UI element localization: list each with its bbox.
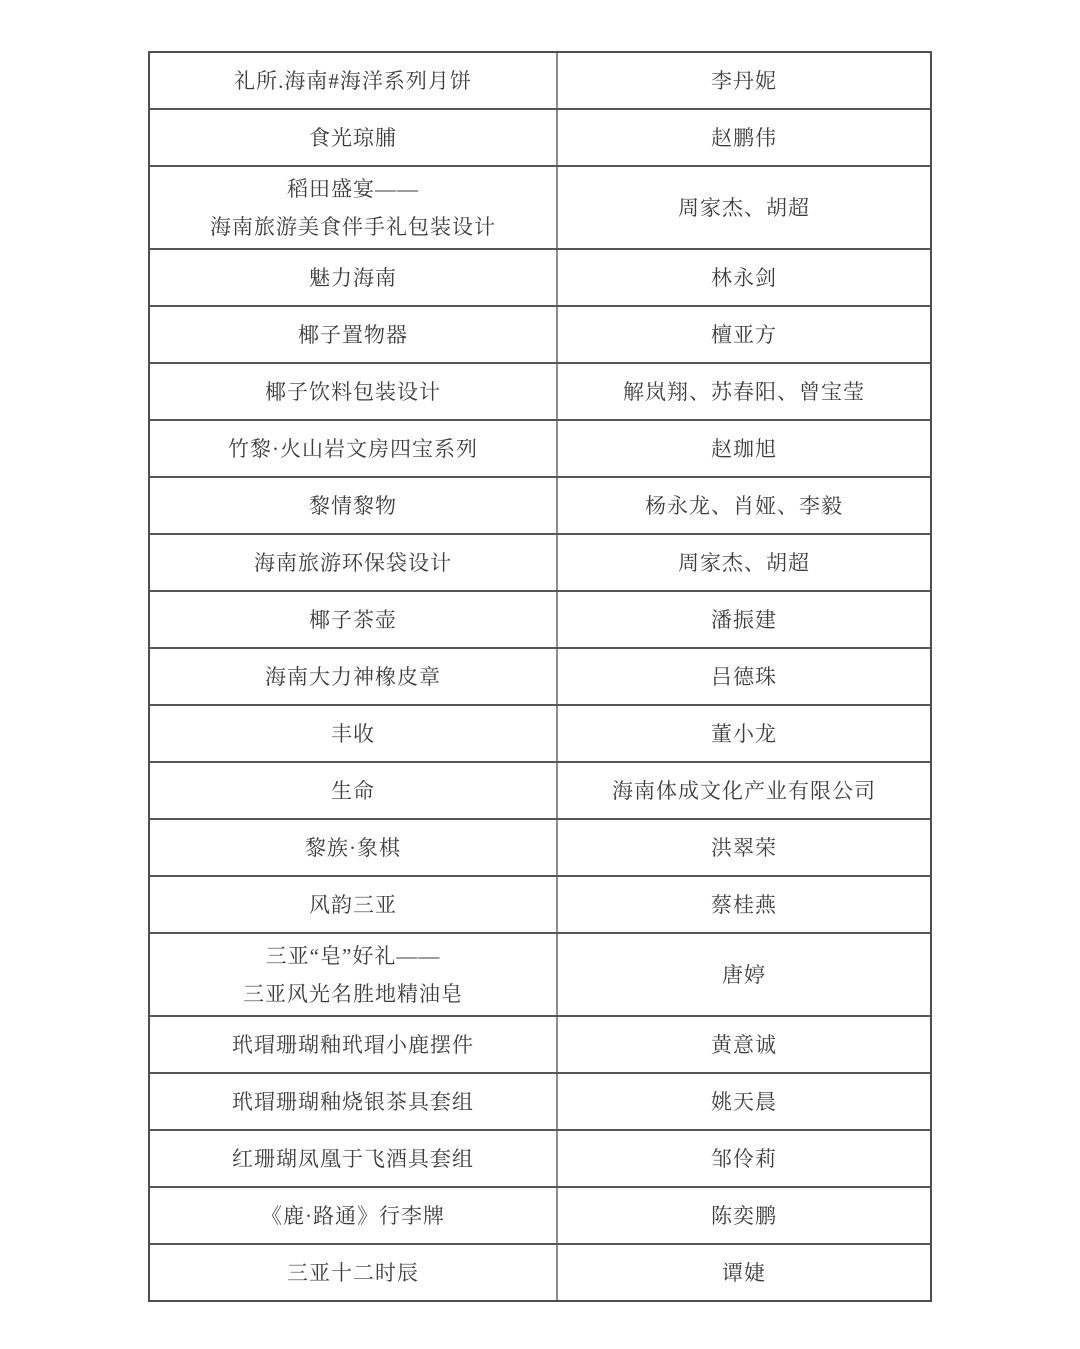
author-name-cell: 海南体成文化产业有限公司 (558, 763, 930, 818)
table-row: 黎情黎物 杨永龙、肖娅、李毅 (150, 476, 930, 533)
table-row: 玳瑁珊瑚釉烧银茶具套组 姚天晨 (150, 1072, 930, 1129)
work-title-cell: 《鹿·路通》行李牌 (150, 1188, 558, 1243)
work-title-cell: 椰子饮料包装设计 (150, 364, 558, 419)
work-title-cell: 丰收 (150, 706, 558, 761)
work-title-cell: 红珊瑚凤凰于飞酒具套组 (150, 1131, 558, 1186)
table-row: 礼所.海南#海洋系列月饼 李丹妮 (150, 53, 930, 108)
work-title-cell: 椰子置物器 (150, 307, 558, 362)
author-name-cell: 姚天晨 (558, 1074, 930, 1129)
author-name-cell: 檀亚方 (558, 307, 930, 362)
author-name-cell: 董小龙 (558, 706, 930, 761)
work-title-cell: 生命 (150, 763, 558, 818)
table-row: 丰收 董小龙 (150, 704, 930, 761)
work-title-cell: 三亚“皂”好礼—— 三亚风光名胜地精油皂 (150, 934, 558, 1015)
table-row: 竹黎·火山岩文房四宝系列 赵珈旭 (150, 419, 930, 476)
table-row: 《鹿·路通》行李牌 陈奕鹏 (150, 1186, 930, 1243)
work-title-cell: 椰子茶壶 (150, 592, 558, 647)
table-row: 三亚“皂”好礼—— 三亚风光名胜地精油皂 唐婷 (150, 932, 930, 1015)
table-row: 玳瑁珊瑚釉玳瑁小鹿摆件 黄意诚 (150, 1015, 930, 1072)
author-name-cell: 解岚翔、苏春阳、曾宝莹 (558, 364, 930, 419)
table-row: 椰子置物器 檀亚方 (150, 305, 930, 362)
author-name-cell: 谭婕 (558, 1245, 930, 1300)
author-name-cell: 杨永龙、肖娅、李毅 (558, 478, 930, 533)
author-name-cell: 洪翠荣 (558, 820, 930, 875)
author-name-cell: 李丹妮 (558, 53, 930, 108)
work-title-cell: 黎情黎物 (150, 478, 558, 533)
works-authors-table: 礼所.海南#海洋系列月饼 李丹妮 食光琼脯 赵鹏伟 稻田盛宴—— 海南旅游美食伴… (148, 51, 932, 1302)
author-name-cell: 吕德珠 (558, 649, 930, 704)
author-name-cell: 黄意诚 (558, 1017, 930, 1072)
author-name-cell: 邹伶莉 (558, 1131, 930, 1186)
table-row: 魅力海南 林永剑 (150, 248, 930, 305)
author-name-cell: 赵珈旭 (558, 421, 930, 476)
work-title-cell: 三亚十二时辰 (150, 1245, 558, 1300)
table-row: 海南大力神橡皮章 吕德珠 (150, 647, 930, 704)
author-name-cell: 林永剑 (558, 250, 930, 305)
work-title-cell: 礼所.海南#海洋系列月饼 (150, 53, 558, 108)
table-row: 黎族·象棋 洪翠荣 (150, 818, 930, 875)
work-title-cell: 玳瑁珊瑚釉玳瑁小鹿摆件 (150, 1017, 558, 1072)
author-name-cell: 周家杰、胡超 (558, 167, 930, 248)
work-title-cell: 竹黎·火山岩文房四宝系列 (150, 421, 558, 476)
work-title-cell: 黎族·象棋 (150, 820, 558, 875)
table-row: 红珊瑚凤凰于飞酒具套组 邹伶莉 (150, 1129, 930, 1186)
work-title-cell: 玳瑁珊瑚釉烧银茶具套组 (150, 1074, 558, 1129)
work-title-cell: 稻田盛宴—— 海南旅游美食伴手礼包装设计 (150, 167, 558, 248)
table-row: 椰子饮料包装设计 解岚翔、苏春阳、曾宝莹 (150, 362, 930, 419)
table-row: 生命 海南体成文化产业有限公司 (150, 761, 930, 818)
author-name-cell: 蔡桂燕 (558, 877, 930, 932)
table-row: 食光琼脯 赵鹏伟 (150, 108, 930, 165)
table-row: 海南旅游环保袋设计 周家杰、胡超 (150, 533, 930, 590)
work-title-cell: 海南大力神橡皮章 (150, 649, 558, 704)
work-title-cell: 风韵三亚 (150, 877, 558, 932)
work-title-cell: 海南旅游环保袋设计 (150, 535, 558, 590)
author-name-cell: 赵鹏伟 (558, 110, 930, 165)
work-title-cell: 魅力海南 (150, 250, 558, 305)
table-row: 三亚十二时辰 谭婕 (150, 1243, 930, 1300)
table-row: 稻田盛宴—— 海南旅游美食伴手礼包装设计 周家杰、胡超 (150, 165, 930, 248)
work-title-cell: 食光琼脯 (150, 110, 558, 165)
author-name-cell: 唐婷 (558, 934, 930, 1015)
author-name-cell: 潘振建 (558, 592, 930, 647)
author-name-cell: 陈奕鹏 (558, 1188, 930, 1243)
table-row: 风韵三亚 蔡桂燕 (150, 875, 930, 932)
author-name-cell: 周家杰、胡超 (558, 535, 930, 590)
table-row: 椰子茶壶 潘振建 (150, 590, 930, 647)
